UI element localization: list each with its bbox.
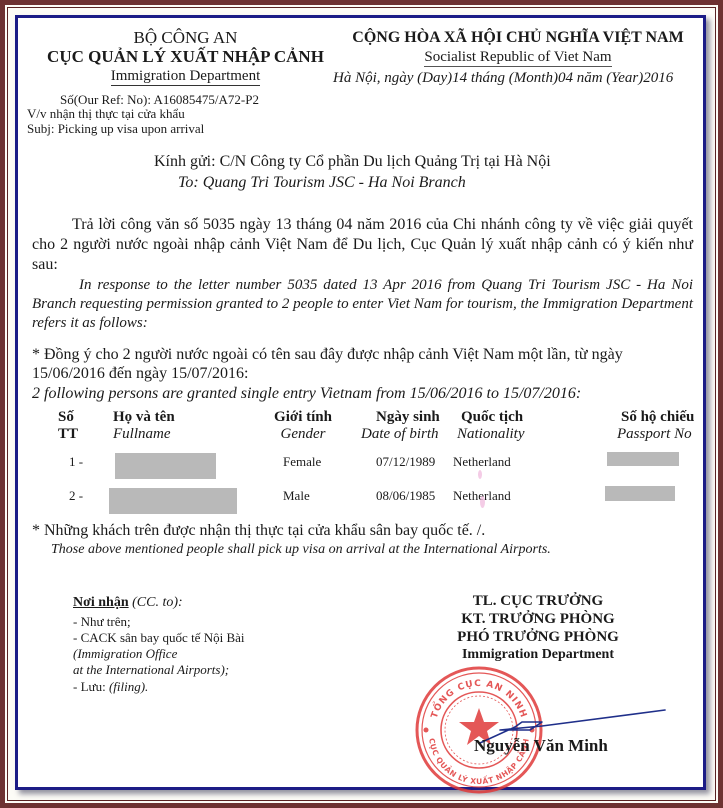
header-passport-vi: Số hộ chiếu <box>621 409 694 426</box>
note-vi: * Những khách trên được nhận thị thực tạ… <box>32 522 485 540</box>
name-redaction <box>115 453 216 479</box>
recipient-item: - CACK sân bay quốc tế Nội Bài <box>73 630 245 646</box>
header-nationality-vi: Quốc tịch <box>461 409 523 426</box>
intro-paragraph-en: In response to the letter number 5035 da… <box>32 276 693 333</box>
recipient-item: (Immigration Office <box>73 646 177 662</box>
note-en: Those above mentioned people shall pick … <box>51 542 551 558</box>
filing-en: (filing). <box>109 679 148 694</box>
grant-statement-vi-1: * Đồng ý cho 2 người nước ngoài có tên s… <box>32 346 623 364</box>
recipients-title-en: (CC. to): <box>129 595 183 610</box>
ink-mark <box>478 470 482 479</box>
signatory-name: Nguyễn Văn Minh <box>474 736 608 756</box>
row-gender: Female <box>283 454 321 470</box>
department-name-en: Immigration Department <box>111 68 261 86</box>
ink-mark <box>480 496 485 508</box>
date-line: Hà Nội, ngày (Day)14 tháng (Month)04 năm… <box>333 70 673 87</box>
header-no-en: TT <box>58 426 78 443</box>
row-nationality: Netherland <box>453 454 511 470</box>
header-nationality-en: Nationality <box>457 426 525 443</box>
subject-vi: V/v nhận thị thực tại cửa khẩu <box>27 106 185 122</box>
signatory-title-2: KT. TRƯỞNG PHÒNG <box>438 611 638 628</box>
signatory-department: Immigration Department <box>438 647 638 663</box>
passport-redaction <box>605 486 675 501</box>
addressee-en: To: Quang Tri Tourism JSC - Ha Noi Branc… <box>178 174 466 192</box>
header-dob-vi: Ngày sinh <box>376 409 440 426</box>
name-redaction <box>109 488 237 514</box>
row-number: 2 - <box>69 488 83 504</box>
header-name-en: Fullname <box>113 426 171 443</box>
row-number: 1 - <box>69 454 83 470</box>
intro-paragraph-vi: Trả lời công văn số 5035 ngày 13 tháng 0… <box>32 215 693 275</box>
row-dob: 07/12/1989 <box>376 454 435 470</box>
country-name: CỘNG HÒA XÃ HỘI CHỦ NGHĨA VIỆT NAM <box>328 29 708 47</box>
header-name-vi: Họ và tên <box>113 409 175 426</box>
header-no-vi: Số <box>58 409 74 426</box>
department-en-wrap: Immigration Department <box>58 68 313 85</box>
country-name-en: Socialist Republic of Viet Nam <box>424 49 611 67</box>
recipient-item: at the International Airports); <box>73 662 229 678</box>
official-letter: BỘ CÔNG AN CỤC QUẢN LÝ XUẤT NHẬP CẢNH Im… <box>15 15 706 790</box>
recipient-item: - Như trên; <box>73 614 131 630</box>
signatory-title-1: TL. CỤC TRƯỞNG <box>438 593 638 610</box>
header-gender-en: Gender <box>258 426 348 443</box>
filing-prefix: - Lưu: <box>73 679 109 694</box>
recipients-title: Nơi nhận <box>73 595 129 610</box>
row-gender: Male <box>283 488 310 504</box>
addressee-vi: Kính gửi: C/N Công ty Cổ phần Du lịch Qu… <box>154 153 551 171</box>
passport-redaction <box>607 452 679 466</box>
header-gender-vi: Giới tính <box>258 409 348 426</box>
grant-statement-vi-2: 15/06/2016 đến ngày 15/07/2016: <box>32 365 248 383</box>
subject-en: Subj: Picking up visa upon arrival <box>27 121 204 137</box>
ministry-name: BỘ CÔNG AN <box>58 28 313 48</box>
header-passport-en: Passport No <box>617 426 692 443</box>
signatory-title-3: PHÓ TRƯỞNG PHÒNG <box>438 629 638 646</box>
grant-statement-en: 2 following persons are granted single e… <box>32 385 581 403</box>
recipient-filing: - Lưu: (filing). <box>73 679 148 695</box>
header-dob-en: Date of birth <box>361 426 439 443</box>
row-dob: 08/06/1985 <box>376 488 435 504</box>
department-name: CỤC QUẢN LÝ XUẤT NHẬP CẢNH <box>38 47 333 67</box>
recipients-heading: Nơi nhận (CC. to): <box>73 595 183 611</box>
country-en-wrap: Socialist Republic of Viet Nam <box>328 49 708 66</box>
